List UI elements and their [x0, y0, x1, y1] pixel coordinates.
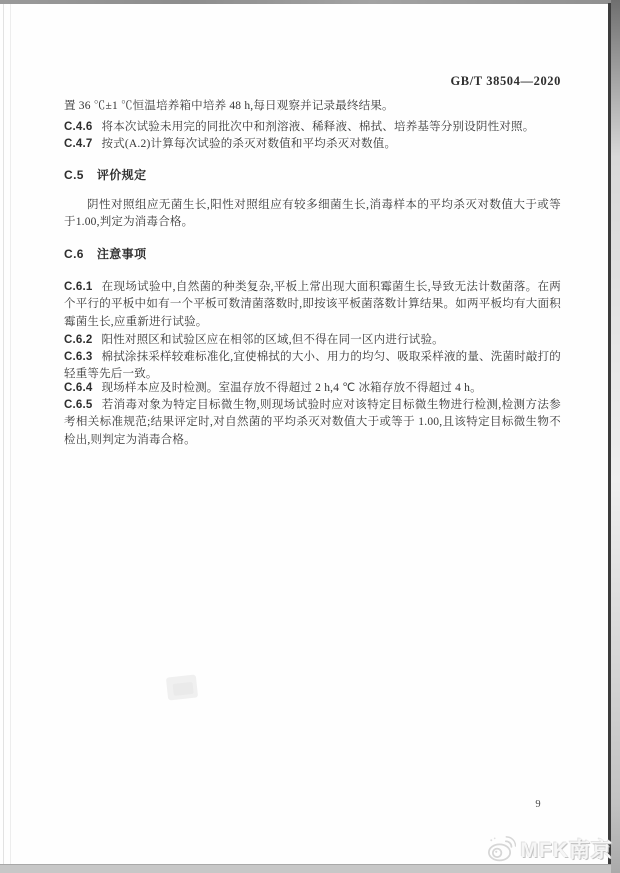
clause-c64: C.6.4现场样本应及时检测。室温存放不得超过 2 h,4 ℃ 冰箱存放不得超过… — [64, 380, 561, 397]
clause-c47: C.4.7按式(A.2)计算每次试验的杀灭对数值和平均杀灭对数值。 — [64, 136, 561, 153]
clause-c63-label: C.6.3 — [64, 351, 93, 363]
watermark-text: MFK南京 — [521, 834, 614, 864]
heading-c5-label: C.5 — [64, 168, 84, 182]
clause-c64-text: 现场样本应及时检测。室温存放不得超过 2 h,4 ℃ 冰箱存放不得超过 4 h。 — [102, 382, 482, 394]
clause-c65-text: 若消毒对象为特定目标微生物,则现场试验时应对该特定目标微生物进行检测,检测方法参… — [64, 399, 561, 446]
heading-c5-title: 评价规定 — [97, 168, 147, 182]
weibo-icon — [485, 833, 516, 864]
heading-c6: C.6注意事项 — [64, 246, 561, 263]
clause-c61: C.6.1在现场试验中,自然菌的种类复杂,平板上常出现大面积霉菌生长,导致无法计… — [64, 279, 561, 331]
clause-c65-label: C.6.5 — [64, 399, 93, 411]
clause-c62-text: 阳性对照区和试验区应在相邻的区域,但不得在同一区内进行试验。 — [102, 334, 444, 346]
page-left-edge-line-2 — [10, 4, 11, 865]
paragraph-intro: 置 36 ℃±1 ℃恒温培养箱中培养 48 h,每日观察并记录最终结果。 — [64, 98, 561, 115]
clause-c64-label: C.6.4 — [64, 382, 93, 394]
clause-c46: C.4.6将本次试验未用完的同批次中和剂溶液、稀释液、棉拭、培养基等分别设阴性对… — [64, 119, 561, 136]
clause-c46-text: 将本次试验未用完的同批次中和剂溶液、稀释液、棉拭、培养基等分别设阴性对照。 — [102, 121, 535, 133]
standard-number: GB/T 38504—2020 — [64, 73, 561, 90]
clause-c65: C.6.5若消毒对象为特定目标微生物,则现场试验时应对该特定目标微生物进行检测,… — [64, 397, 561, 449]
paragraph-c5-body: 阴性对照组应无菌生长,阳性对照组应有较多细菌生长,消毒样本的平均杀灭对数值大于或… — [64, 197, 561, 232]
clause-c63: C.6.3棉拭涂抹采样较难标准化,宜使棉拭的大小、用力的均匀、吸取采样液的量、洗… — [64, 349, 561, 384]
scan-smudge — [166, 674, 198, 700]
heading-c5: C.5评价规定 — [64, 167, 561, 184]
page-bottom-edge — [0, 864, 611, 873]
watermark: MFK南京 — [485, 833, 614, 864]
clause-c61-label: C.6.1 — [64, 281, 93, 293]
clause-c62-label: C.6.2 — [64, 334, 93, 346]
clause-c61-text: 在现场试验中,自然菌的种类复杂,平板上常出现大面积霉菌生长,导致无法计数菌落。在… — [64, 281, 561, 328]
page-left-edge-line — [3, 4, 4, 865]
heading-c6-title: 注意事项 — [97, 247, 147, 261]
clause-c62: C.6.2阳性对照区和试验区应在相邻的区域,但不得在同一区内进行试验。 — [64, 332, 561, 349]
page-number: 9 — [530, 799, 546, 810]
page-right-edge — [611, 0, 620, 873]
clause-c47-label: C.4.7 — [64, 138, 93, 150]
page-top-edge — [0, 0, 620, 4]
clause-c63-text: 棉拭涂抹采样较难标准化,宜使棉拭的大小、用力的均匀、吸取采样液的量、洗菌时敲打的… — [64, 351, 561, 380]
heading-c6-label: C.6 — [64, 247, 84, 261]
scanned-page: GB/T 38504—2020 置 36 ℃±1 ℃恒温培养箱中培养 48 h,… — [0, 0, 620, 873]
clause-c47-text: 按式(A.2)计算每次试验的杀灭对数值和平均杀灭对数值。 — [102, 138, 397, 150]
clause-c46-label: C.4.6 — [64, 121, 93, 133]
